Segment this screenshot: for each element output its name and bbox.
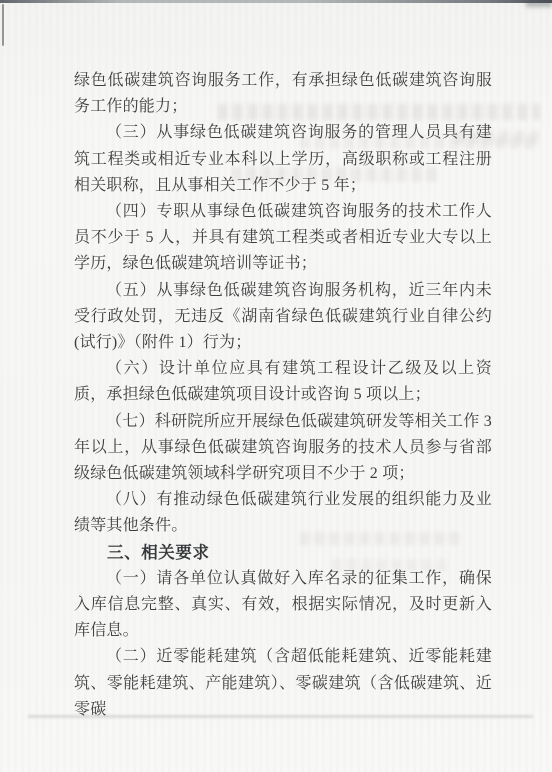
clause-item-8: （八）有推动绿色低碳建筑行业发展的组织能力及业绩等其他条件。 bbox=[74, 487, 492, 539]
section-heading-related-requirements: 三、相关要求 bbox=[74, 540, 492, 566]
scanned-document-page: 绿色低碳建筑咨询服务工作，有承担绿色低碳建筑咨询服务工作的能力； （三）从事绿色… bbox=[0, 0, 552, 772]
scan-edge-top bbox=[0, 0, 552, 3]
clause-item-7: （七）科研院所应开展绿色低碳建筑研发等相关工作 3 年以上，从事绿色低碳建筑咨询… bbox=[74, 409, 492, 488]
scan-edge-left-artifact bbox=[2, 4, 4, 46]
requirement-item-2: （二）近零能耗建筑（含超低能耗建筑、近零能耗建筑、零能耗建筑、产能建筑）、零碳建… bbox=[74, 644, 492, 723]
clause-item-3: （三）从事绿色低碳建筑咨询服务的管理人员具有建筑工程类或相近专业本科以上学历，高… bbox=[74, 120, 492, 199]
clause-item-4: （四）专职从事绿色低碳建筑咨询服务的技术工作人员不少于 5 人，并具有建筑工程类… bbox=[74, 199, 492, 278]
clause-item-5: （五）从事绿色低碳建筑咨询服务机构，近三年内未受行政处罚，无违反《湖南省绿色低碳… bbox=[74, 278, 492, 357]
document-body: 绿色低碳建筑咨询服务工作，有承担绿色低碳建筑咨询服务工作的能力； （三）从事绿色… bbox=[74, 68, 492, 723]
scan-edge-corner bbox=[526, 0, 552, 7]
clause-item-6: （六）设计单位应具有建筑工程设计乙级及以上资质，承担绿色低碳建筑项目设计或咨询 … bbox=[74, 356, 492, 408]
paragraph-continuation: 绿色低碳建筑咨询服务工作，有承担绿色低碳建筑咨询服务工作的能力； bbox=[74, 68, 492, 120]
requirement-item-1: （一）请各单位认真做好入库名录的征集工作，确保入库信息完整、真实、有效，根据实际… bbox=[74, 566, 492, 645]
